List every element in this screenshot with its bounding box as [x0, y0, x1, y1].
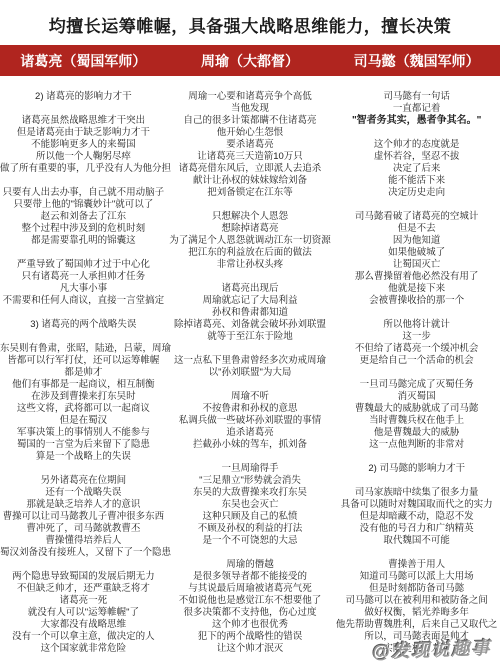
- text-line: 但是却暗藏不动，隐忍不发: [333, 511, 500, 523]
- text-line: 让蜀国灭亡: [333, 259, 500, 271]
- text-line: 东吴也会灭亡: [167, 499, 334, 511]
- text-line: 一旦周瑜得手: [167, 463, 334, 475]
- text-line: 司马懿有一句话: [333, 91, 500, 103]
- paragraph: 司马懿看破了诸葛亮的空城计但是不去因为他知道如果他破城了让蜀国灭亡那么曹操留着他…: [333, 211, 500, 307]
- text-line: 做好权衡，韬光养晦多年: [333, 607, 500, 619]
- text-line: 就等于至江东于险地: [167, 331, 334, 343]
- text-line: 蜀汉刘备没有接班人，又留下了一个隐患: [0, 547, 167, 559]
- text-line: 那么曹操留着他必然没有用了: [333, 271, 500, 283]
- text-line: 他是曹魏最大的威胁: [333, 427, 500, 439]
- text-line: 这个国家就非常危险: [0, 643, 167, 655]
- text-line: 私调兵做一些破坏孙刘联盟的事情: [167, 415, 334, 427]
- paragraph: 这个帅才的态度就是虚怀若谷，坚忍不拔决定了后来能不能活下来决定历史走向: [333, 139, 500, 199]
- text-line: 周瑜一心要和诸葛亮争个高低: [167, 91, 334, 103]
- text-line: 曹魏最大的威胁就成了司马懿: [333, 403, 500, 415]
- text-line: 除掉诸葛亮、刘备就会破坏孙刘联盟: [167, 319, 334, 331]
- text-line: 2) 诸葛亮的影响力才干: [0, 91, 167, 103]
- paragraph: 周瑜不听不按鲁肃和孙权的意思私调兵做一些破坏孙刘联盟的事情追杀诸葛亮拦截孙小妹的…: [167, 391, 334, 451]
- text-line: 把江东的利益放在后面的做法: [167, 247, 334, 259]
- paragraph: 2) 诸葛亮的影响力才干: [0, 91, 167, 103]
- text-line: 这种只顾及自己的私愤: [167, 511, 334, 523]
- text-line: 决定了后来: [333, 163, 500, 175]
- text-line: 当时曹魏兵权在他手上: [333, 415, 500, 427]
- text-line: 只想解决个人恩怨: [167, 211, 334, 223]
- text-line: 东吴则有鲁肃，张昭，陆逊，吕蒙，周瑜: [0, 343, 167, 355]
- text-line: 但是在蜀汉: [0, 415, 167, 427]
- text-line: 取代魏国不可能: [333, 535, 500, 547]
- text-line: 他先帮助曹魏胜利，后来自己又取代之: [333, 619, 500, 631]
- text-line: 这些文将，武将都可以一起商议: [0, 403, 167, 415]
- text-line: 与其说最后周瑜被诸葛亮气死: [167, 583, 334, 595]
- text-line: 周瑜不听: [167, 391, 334, 403]
- text-line: 更是给自己一个活命的机会: [333, 355, 500, 367]
- infographic-page: 均擅长运筹帷幄，具备强大战略思维能力，擅长决策 诸葛亮（蜀国军师） 周瑜（大都督…: [0, 0, 500, 668]
- column-header-zhou-yu: 周瑜（大都督）: [167, 45, 334, 76]
- text-line: 没有他的号召力和广纳精英: [333, 523, 500, 535]
- text-line: 是很多领导者都不能接受的: [167, 571, 334, 583]
- paragraph: 周瑜一心要和诸葛亮争个高低当他发现自己的很多计策都瞒不住诸葛亮他开始心生怨恨要杀…: [167, 91, 334, 199]
- paragraph: 只要有人出去办事，自己就不用动脑子只要带上他的"锦囊妙计"就可以了赵云和刘备去了…: [0, 187, 167, 247]
- text-line: 诸葛亮虽然战略思维才干突出: [0, 115, 167, 127]
- text-line: 在涉及到曹操来打东吴时: [0, 391, 167, 403]
- text-line: 都是需要靠孔明的锦囊这: [0, 235, 167, 247]
- paragraph: 诸葛亮出现后周瑜就忘记了大局利益孙权和鲁肃都知道除掉诸葛亮、刘备就会破坏孙刘联盟…: [167, 283, 334, 343]
- text-line: 大家都没有战略思维: [0, 619, 167, 631]
- text-line: 能不能活下来: [333, 175, 500, 187]
- text-line: 要杀诸葛亮: [167, 139, 334, 151]
- text-line: 消灭蜀国: [333, 391, 500, 403]
- text-line: 自己的很多计策都瞒不住诸葛亮: [167, 115, 334, 127]
- text-line: 曹操懂得培养后人: [0, 535, 167, 547]
- text-line: 曹操可以让司马懿教儿子曹冲很多东西: [0, 511, 167, 523]
- paragraph: 所以他将计就计这一步不但给了诸葛亮一个缓冲机会更是给自己一个活命的机会: [333, 319, 500, 367]
- text-line: 这一步: [333, 331, 500, 343]
- text-line: 当他发现: [167, 103, 334, 115]
- text-line: 就没有人可以"运筹帷幄"了: [0, 607, 167, 619]
- table-header: 诸葛亮（蜀国军师） 周瑜（大都督） 司马懿（魏国军师）: [0, 45, 500, 76]
- text-line: 不能影响更多人的来蜀国: [0, 139, 167, 151]
- paragraph: 司马懿有一句话一直都记着"智者务其实，愚者争其名。": [333, 91, 500, 127]
- page-title: 均擅长运筹帷幄，具备强大战略思维能力，擅长决策: [0, 0, 500, 45]
- text-line: 3) 诸葛亮的两个战略失误: [0, 319, 167, 331]
- text-line: 不按鲁肃和孙权的意思: [167, 403, 334, 415]
- text-line: 是一个不可饶恕的大忌: [167, 535, 334, 547]
- text-line: 但是诸葛亮由于缺乏影响力才干: [0, 127, 167, 139]
- text-line: 知道司马懿可以派上大用场: [333, 571, 500, 583]
- text-line: 这一点他判断的非常对: [333, 439, 500, 451]
- text-line: 具备可以随时对魏国取而代之的实力: [333, 499, 500, 511]
- text-line: 只有诸葛亮一人承担帅才任务: [0, 271, 167, 283]
- text-line: 拦截孙小妹的驾车，抓刘备: [167, 439, 334, 451]
- text-line: 让诸葛亮三天造箭10万只: [167, 151, 334, 163]
- text-line: 如果他破城了: [333, 247, 500, 259]
- column-sima-yi: 司马懿有一句话一直都记着"智者务其实，愚者争其名。"这个帅才的态度就是虚怀若谷，…: [333, 91, 500, 655]
- text-line: 诸葛亮借东风后，立即派人去追杀: [167, 163, 334, 175]
- paragraph: 司马家族暗中续集了很多力量具备可以随时对魏国取而代之的实力但是却暗藏不动，隐忍不…: [333, 487, 500, 547]
- comparison-columns: 2) 诸葛亮的影响力才干诸葛亮虽然战略思维才干突出但是诸葛亮由于缺乏影响力才干不…: [0, 91, 500, 655]
- column-header-zhuge-liang: 诸葛亮（蜀国军师）: [0, 45, 167, 76]
- text-line: 这一点私下里鲁肃曾经多次劝戒周瑜: [167, 355, 334, 367]
- text-line: 周瑜就忘记了大局利益: [167, 295, 334, 307]
- paragraph: 严重导致了蜀国帅才过于中心化只有诸葛亮一人承担帅才任务凡大事小事不需要和任何人商…: [0, 259, 167, 307]
- text-line: 司马懿看破了诸葛亮的空城计: [333, 211, 500, 223]
- text-line: 所以他将计就计: [333, 319, 500, 331]
- text-line: 赵云和刘备去了江东: [0, 211, 167, 223]
- text-line: 这个帅才也很优秀: [167, 619, 334, 631]
- text-line: 2) 司马懿的影响力才干: [333, 463, 500, 475]
- text-line: 曹冲死了，司马懿就教曹丕: [0, 523, 167, 535]
- text-line: 做了所有重要的事，几乎没有人为他分担: [0, 163, 167, 175]
- text-line: 东吴的大敌曹操来攻打东吴: [167, 487, 334, 499]
- paragraph: 这一点私下里鲁肃曾经多次劝戒周瑜以"孙刘联盟"为大局: [167, 355, 334, 379]
- column-zhuge-liang: 2) 诸葛亮的影响力才干诸葛亮虽然战略思维才干突出但是诸葛亮由于缺乏影响力才干不…: [0, 91, 167, 655]
- text-line: 一旦司马懿完成了灭蜀任务: [333, 379, 500, 391]
- text-line: 孙权和鲁肃都知道: [167, 307, 334, 319]
- text-line: 把刘备锁定在江东等: [167, 187, 334, 199]
- text-line: 不顾及孙权的利益的打法: [167, 523, 334, 535]
- paragraph: 只想解决个人恩怨想除掉诸葛亮为了满足个人恩怨就调动江东一切资源把江东的利益放在后…: [167, 211, 334, 271]
- text-line: 只要有人出去办事，自己就不用动脑子: [0, 187, 167, 199]
- paragraph: 曹操善于用人知道司马懿可以派上大用场但是时刻都防备司马懿司马懿可以在被利用和被防…: [333, 559, 500, 655]
- text-line: 为了满足个人恩怨就调动江东一切资源: [167, 235, 334, 247]
- text-line: 蜀国的一言堂为后来留下了隐患: [0, 439, 167, 451]
- paragraph: 周瑜的僭越是很多领导者都不能接受的与其说最后周瑜被诸葛亮气死不如说他也是感觉江东…: [167, 559, 334, 655]
- paragraph: 东吴则有鲁肃，张昭，陆逊，吕蒙，周瑜皆都可以行军打仗，还可以运筹帷幄都是帅才他们…: [0, 343, 167, 463]
- text-line: 皆都可以行军打仗，还可以运筹帷幄: [0, 355, 167, 367]
- text-line: 那就是缺乏培养人才的意识: [0, 499, 167, 511]
- text-line: 军事决策上的事情别人不能参与: [0, 427, 167, 439]
- paragraph: 3) 诸葛亮的两个战略失误: [0, 319, 167, 331]
- text-line: 算是一个战略上的失误: [0, 451, 167, 463]
- text-line: 一直都记着: [333, 103, 500, 115]
- text-line: "三足鼎立"形势就会消失: [167, 475, 334, 487]
- column-zhou-yu: 周瑜一心要和诸葛亮争个高低当他发现自己的很多计策都瞒不住诸葛亮他开始心生怨恨要杀…: [167, 91, 334, 655]
- text-line: 很多决策都不支持他，伤心过度: [167, 607, 334, 619]
- text-line: 还有一个战略失误: [0, 487, 167, 499]
- text-line: 司马懿可以在被利用和被防备之间: [333, 595, 500, 607]
- text-line: 实际是将帅人才: [333, 643, 500, 655]
- paragraph: 一旦司马懿完成了灭蜀任务消灭蜀国曹魏最大的威胁就成了司马懿当时曹魏兵权在他手上他…: [333, 379, 500, 451]
- text-line: 不需要和任何人商议，直接一言堂搞定: [0, 295, 167, 307]
- text-line: 他开始心生怨恨: [167, 127, 334, 139]
- text-line: 犯下的两个战略性的错误: [167, 631, 334, 643]
- text-line: 所以，司马懿表面是帅才: [333, 631, 500, 643]
- text-line: 会被曹操收拾的那一个: [333, 295, 500, 307]
- text-line: 这个帅才的态度就是: [333, 139, 500, 151]
- text-line: 司马家族暗中续集了很多力量: [333, 487, 500, 499]
- text-line: 周瑜的僭越: [167, 559, 334, 571]
- text-line: 诸葛亮一死: [0, 595, 167, 607]
- text-line: 以"孙刘联盟"为大局: [167, 367, 334, 379]
- text-line: 但是时刻都防备司马懿: [333, 583, 500, 595]
- text-line: 虚怀若谷，坚忍不拔: [333, 151, 500, 163]
- text-line: 决定历史走向: [333, 187, 500, 199]
- text-line: 两个隐患导致蜀国的发展后期无力: [0, 571, 167, 583]
- text-line: 曹操善于用人: [333, 559, 500, 571]
- text-line: 只要带上他的"锦囊妙计"就可以了: [0, 199, 167, 211]
- paragraph: 两个隐患导致蜀国的发展后期无力不但缺乏帅才，还严重缺乏将才诸葛亮一死就没有人可以…: [0, 571, 167, 655]
- text-line: 让这个帅才泯灭: [167, 643, 334, 655]
- text-line: 不如说他也是感觉江东不想要他了: [167, 595, 334, 607]
- paragraph: 2) 司马懿的影响力才干: [333, 463, 500, 475]
- text-line: 不但给了诸葛亮一个缓冲机会: [333, 343, 500, 355]
- text-line: 凡大事小事: [0, 283, 167, 295]
- text-line: 因为他知道: [333, 235, 500, 247]
- paragraph: 另外诸葛亮在位期间还有一个战略失误那就是缺乏培养人才的意识曹操可以让司马懿教儿子…: [0, 475, 167, 559]
- text-line: 都是帅才: [0, 367, 167, 379]
- text-line: 诸葛亮出现后: [167, 283, 334, 295]
- paragraph: 一旦周瑜得手"三足鼎立"形势就会消失东吴的大敌曹操来攻打东吴东吴也会灭亡这种只顾…: [167, 463, 334, 547]
- text-line: 他就是接下来: [333, 283, 500, 295]
- text-line: 严重导致了蜀国帅才过于中心化: [0, 259, 167, 271]
- paragraph: 诸葛亮虽然战略思维才干突出但是诸葛亮由于缺乏影响力才干不能影响更多人的来蜀国所以…: [0, 115, 167, 175]
- text-line: 整个过程中涉及到的危机时刻: [0, 223, 167, 235]
- text-line: 献计让孙权的妹妹嫁给刘备: [167, 175, 334, 187]
- text-line: 他们有事都是一起商议，相互制衡: [0, 379, 167, 391]
- column-header-sima-yi: 司马懿（魏国军师）: [333, 45, 500, 76]
- text-line: 非常让孙权头疼: [167, 259, 334, 271]
- text-line: 不但缺乏帅才，还严重缺乏将才: [0, 583, 167, 595]
- text-line: 追杀诸葛亮: [167, 427, 334, 439]
- text-line: "智者务其实，愚者争其名。": [333, 115, 500, 127]
- text-line: 另外诸葛亮在位期间: [0, 475, 167, 487]
- text-line: 没有一个可以拿主意，做决定的人: [0, 631, 167, 643]
- text-line: 但是不去: [333, 223, 500, 235]
- text-line: 想除掉诸葛亮: [167, 223, 334, 235]
- text-line: 所以他一个人鞠躬尽瘁: [0, 151, 167, 163]
